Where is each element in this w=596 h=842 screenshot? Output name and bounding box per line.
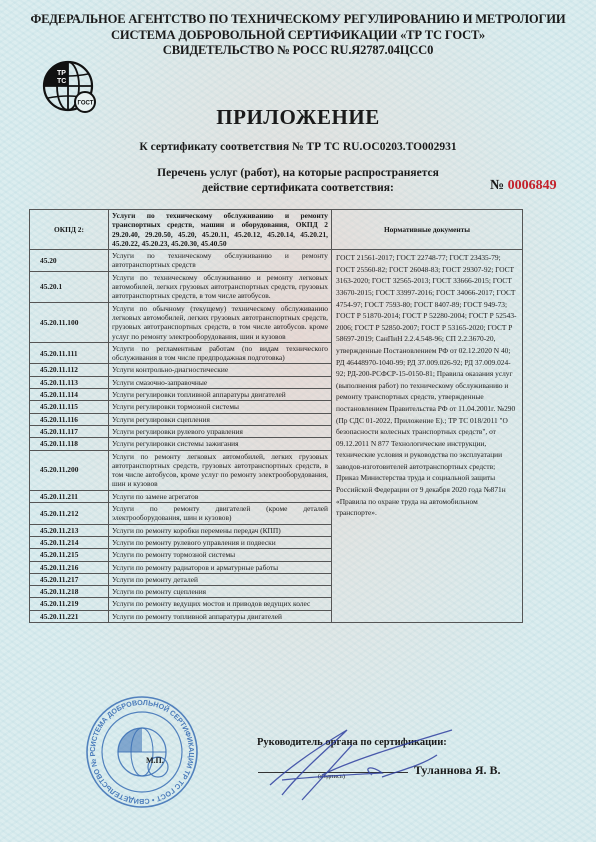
table-row: 45.20Услуги по техническому обслуживанию… <box>30 250 523 272</box>
service-description: Услуги по ремонту коробки перемены перед… <box>109 524 332 536</box>
service-description: Услуги по ремонту тормозной системы <box>109 549 332 561</box>
stamp-placeholder-label: М.П. <box>146 756 164 765</box>
okpd-code: 45.20.11.219 <box>30 598 109 610</box>
service-description: Услуги по ремонту рулевого управления и … <box>109 536 332 548</box>
header-okpd: ОКПД 2: <box>30 210 109 250</box>
okpd-code: 45.20.11.200 <box>30 450 109 490</box>
okpd-code: 45.20.11.221 <box>30 610 109 622</box>
okpd-code: 45.20.11.115 <box>30 401 109 413</box>
okpd-code: 45.20.11.117 <box>30 425 109 437</box>
handwritten-signature-icon <box>262 725 462 805</box>
okpd-code: 45.20.11.116 <box>30 413 109 425</box>
service-description: Услуги по регламентным работам (по видам… <box>109 342 332 364</box>
header-norms: Нормативные документы <box>332 210 523 250</box>
okpd-code: 45.20.11.118 <box>30 438 109 450</box>
table-header-row: ОКПД 2: Услуги по техническому обслужива… <box>30 210 523 250</box>
agency-header: ФЕДЕРАЛЬНОЕ АГЕНТСТВО ПО ТЕХНИЧЕСКОМУ РЕ… <box>0 12 596 27</box>
okpd-code: 45.20.1 <box>30 271 109 302</box>
okpd-code: 45.20 <box>30 250 109 272</box>
service-description: Услуги контрольно-диагностические <box>109 364 332 376</box>
svg-text:ТР: ТР <box>57 70 66 77</box>
seal-stamp-icon: СИСТЕМА ДОБРОВОЛЬНОЙ СЕРТИФИКАЦИИ ТР ТС … <box>84 694 200 810</box>
certificate-reference: К сертификату соответствия № ТР ТС RU.ОС… <box>0 141 596 153</box>
service-description: Услуги по ремонту радиаторов и арматурны… <box>109 561 332 573</box>
service-description: Услуги регулировки сцепления <box>109 413 332 425</box>
serial-number: № 0006849 <box>490 178 557 194</box>
okpd-code: 45.20.11.213 <box>30 524 109 536</box>
svg-text:ТС: ТС <box>57 78 66 85</box>
okpd-code: 45.20.11.212 <box>30 503 109 525</box>
okpd-code: 45.20.11.216 <box>30 561 109 573</box>
normative-documents: ГОСТ 21561-2017; ГОСТ 22748-77; ГОСТ 234… <box>332 250 523 623</box>
service-description: Услуги регулировки тормозной системы <box>109 401 332 413</box>
services-table: ОКПД 2: Услуги по техническому обслужива… <box>29 209 523 623</box>
service-description: Услуги смазочно-заправочные <box>109 376 332 388</box>
service-description: Услуги по обычному (текущему) техническо… <box>109 302 332 342</box>
service-description: Услуги регулировки топливной аппаратуры … <box>109 389 332 401</box>
serial-prefix: № <box>490 178 504 193</box>
okpd-code: 45.20.11.215 <box>30 549 109 561</box>
service-description: Услуги регулировки системы зажигания <box>109 438 332 450</box>
service-description: Услуги по замене агрегатов <box>109 490 332 502</box>
service-description: Услуги по ремонту ведущих мостов и приво… <box>109 598 332 610</box>
okpd-code: 45.20.11.211 <box>30 490 109 502</box>
service-description: Услуги по ремонту легковых автомобилей, … <box>109 450 332 490</box>
page-title: ПРИЛОЖЕНИЕ <box>0 105 596 130</box>
okpd-code: 45.20.11.217 <box>30 573 109 585</box>
service-description: Услуги по ремонту сцепления <box>109 586 332 598</box>
okpd-code: 45.20.11.111 <box>30 342 109 364</box>
service-description: Услуги регулировки рулевого управления <box>109 425 332 437</box>
okpd-code: 45.20.11.100 <box>30 302 109 342</box>
okpd-code: 45.20.11.112 <box>30 364 109 376</box>
service-description: Услуги по ремонту топливной аппаратуры д… <box>109 610 332 622</box>
okpd-code: 45.20.11.218 <box>30 586 109 598</box>
okpd-code: 45.20.11.114 <box>30 389 109 401</box>
service-description: Услуги по ремонту двигателей (кроме дета… <box>109 503 332 525</box>
header-description: Услуги по техническому обслуживанию и ре… <box>109 210 332 250</box>
okpd-code: 45.20.11.214 <box>30 536 109 548</box>
okpd-code: 45.20.11.113 <box>30 376 109 388</box>
service-description: Услуги по ремонту деталей <box>109 573 332 585</box>
system-header: СИСТЕМА ДОБРОВОЛЬНОЙ СЕРТИФИКАЦИИ «ТР ТС… <box>0 28 596 43</box>
service-description: Услуги по техническому обслуживанию и ре… <box>109 250 332 272</box>
serial-value: 0006849 <box>508 178 557 193</box>
service-description: Услуги по техническому обслуживанию и ре… <box>109 271 332 302</box>
